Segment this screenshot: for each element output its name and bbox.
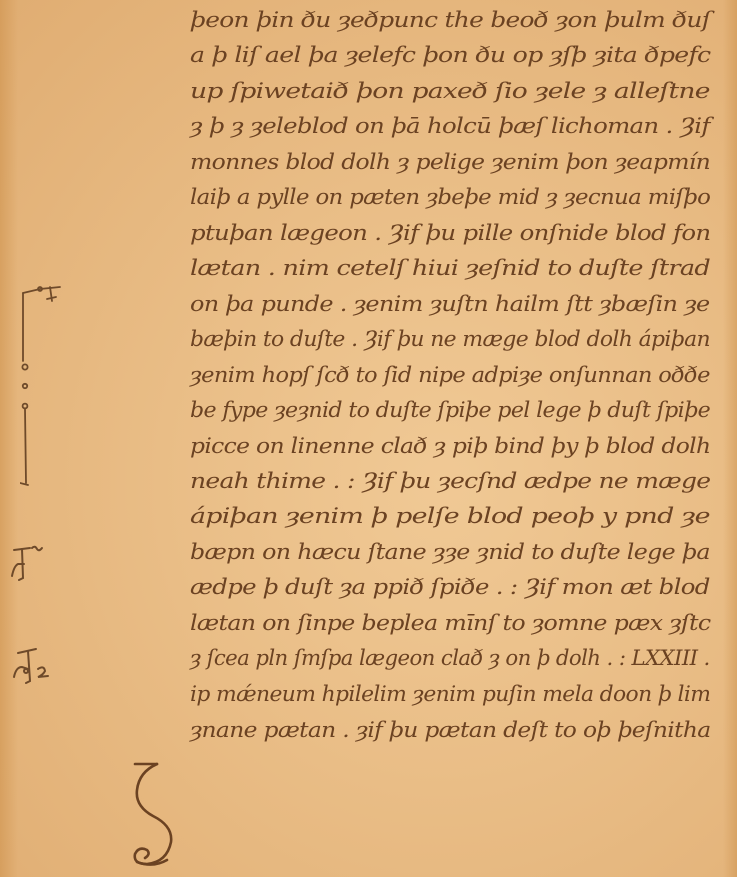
text-line-4: ȝ þ ȝ ȝeleblod on þā holcū þæſ lichoman … (190, 114, 710, 138)
page-edge-right (723, 0, 737, 877)
page-edge-left (0, 0, 18, 877)
margin-note-1 (8, 540, 48, 589)
text-line-5: monnes blod dolh ȝ pelige ȝenim þon ȝeap… (190, 150, 710, 174)
text-line-21: ȝnane pætan . ȝif þu pætan deſt to oþ þe… (190, 718, 711, 742)
text-line-18: lætan on ſinpe beplea mīnſ to ȝomne pæx … (190, 611, 710, 635)
text-line-1: þeon þin ðu ȝeðpunc the beoð ȝon þulm ðu… (190, 8, 710, 32)
text-line-14: neah thime . : Ȝif þu ȝecſnd ædpe ne mæg… (190, 469, 710, 493)
text-line-20: ip mǽneum hpilelim ȝenim puſin mela doon… (190, 682, 710, 706)
text-line-6: laiþ a pylle on pæten ȝbeþe mid ȝ ȝecnua… (190, 185, 710, 209)
text-line-17: ædpe þ duſt ȝa ppið ſpiðe . : Ȝif mon æt… (190, 575, 710, 599)
text-line-8: lætan . nim cetelſ hiui ȝeſnid to duſte … (190, 256, 710, 280)
margin-note-2 (8, 645, 52, 694)
text-line-2: a þ liſ ael þa ȝelefc þon ðu op ȝſþ ȝita… (190, 43, 710, 67)
initial-s-icon (133, 762, 193, 872)
text-line-10: bæþin to duſte . Ȝif þu ne mæge blod dol… (190, 327, 710, 351)
text-line-13: picce on linenne clað ȝ piþ bind þy þ bl… (190, 434, 710, 458)
text-line-16: bæpn on hæcu ſtane ȝȝe ȝnid to duſte leg… (190, 540, 710, 564)
decorated-initial-s (133, 762, 193, 876)
text-line-3: up ſpiwetaið þon paxeð ſio ȝele ȝ alleſt… (190, 79, 710, 103)
text-line-7: ptuþan lægeon . Ȝif þu pille onſnide blo… (190, 221, 710, 245)
text-line-19: ȝ ſcea pln ſmſpa lægeon clað ȝ on þ dolh… (190, 646, 710, 670)
bracket-icon (20, 283, 80, 493)
manuscript-page: þeon þin ðu ȝeðpunc the beoð ȝon þulm ðu… (0, 0, 737, 877)
margin-abbrev-icon (8, 645, 52, 689)
text-line-11: ȝenim hopſ ſcð to ſid nipe adpiȝe onſunn… (190, 363, 710, 387)
text-line-15: ápiþan ȝenim þ pelſe blod peoþ y pnd ȝe (190, 504, 710, 528)
text-line-12: be fype ȝeȝnid to duſte ſpiþe pel lege þ… (190, 398, 710, 422)
margin-abbrev-icon (8, 540, 48, 584)
margin-bracket (20, 283, 80, 497)
text-line-9: on þa punde . ȝenim ȝuſtn hailm ſtt ȝbæſ… (190, 292, 710, 316)
